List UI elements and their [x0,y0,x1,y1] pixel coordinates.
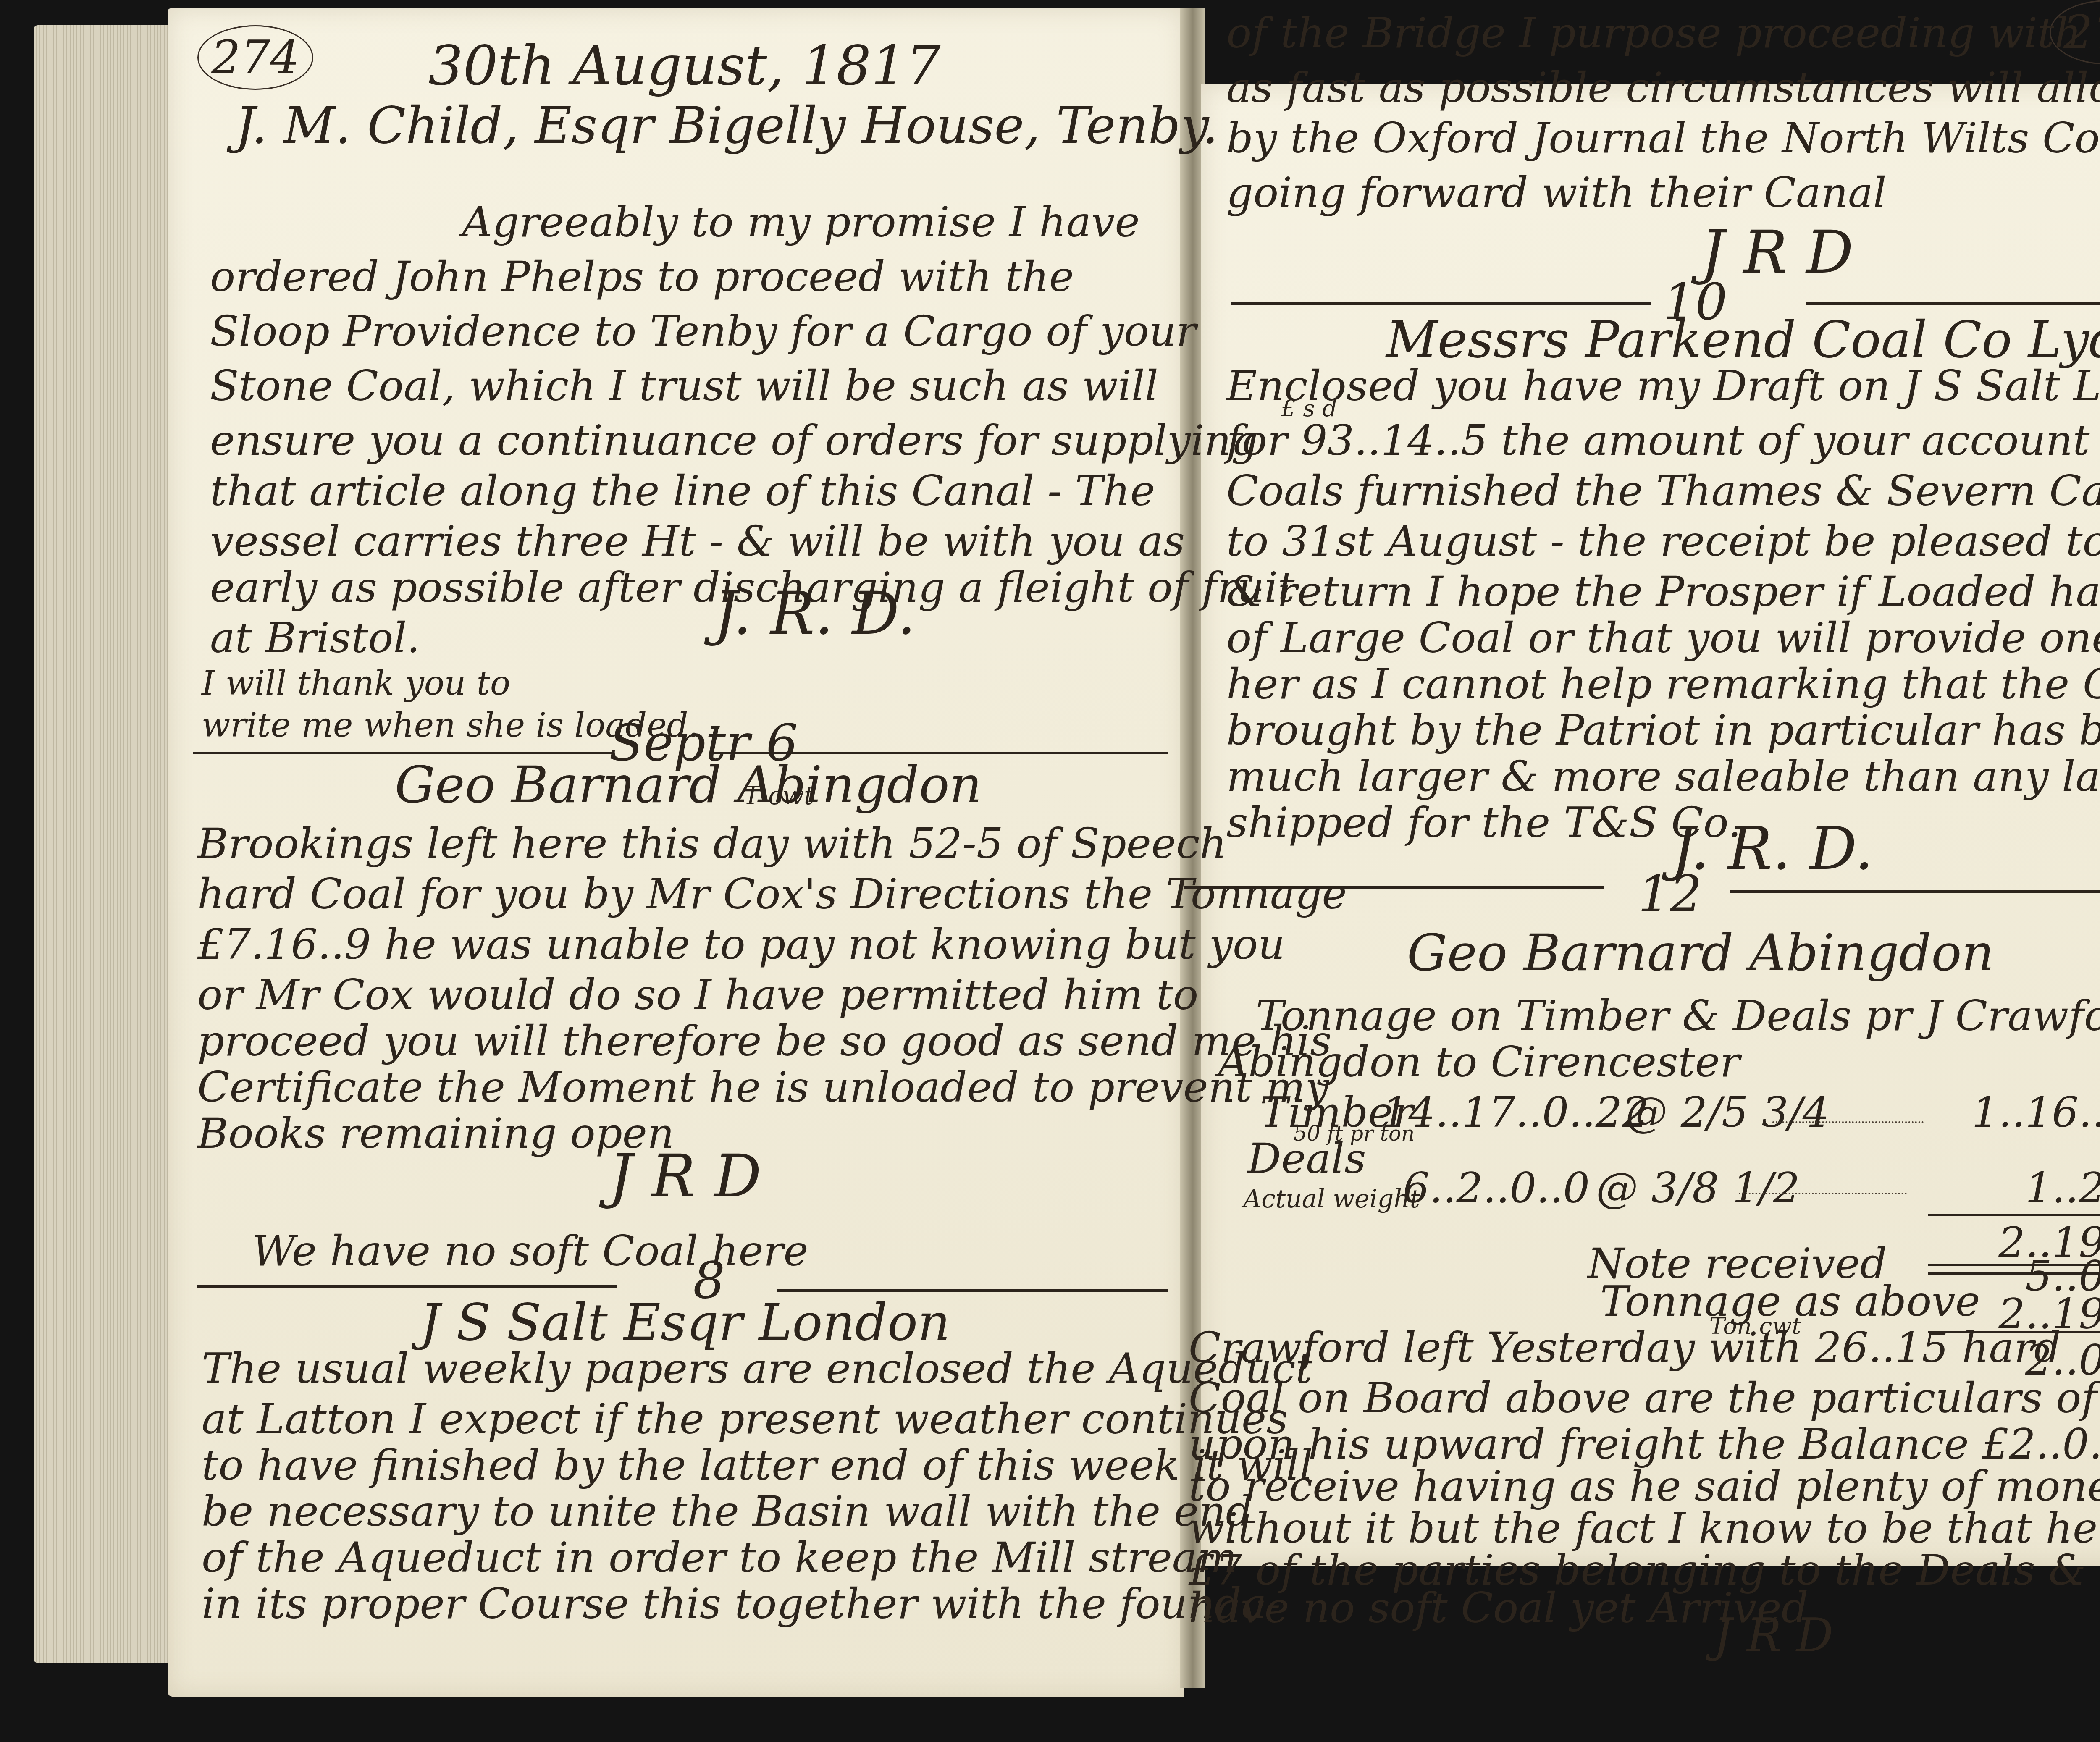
entry-divider [777,1289,1168,1292]
letter4-line: & return I hope the Prosper if Loaded ha… [1226,567,2100,616]
letter4-line: brought by the Patriot in particular has… [1226,706,2100,755]
letter1-line: ordered John Phelps to proceed with the [210,252,1074,301]
ledger-qty-timber: 14..17..0..22 [1382,1088,1649,1137]
ledger-book: 274 30th August, 1817 J. M. Child, Esqr … [0,0,2100,1742]
letter2-line: Brookings left here this day with 52-5 o… [197,819,1227,868]
letter4-line: of Large Coal or that you will provide o… [1226,613,2100,662]
continuation-line: by the Oxford Journal the North Wilts Co… [1226,113,2100,163]
letter1-line: Sloop Providence to Tenby for a Cargo of… [210,307,1196,356]
letter3-recipient: J S Salt Esqr London [420,1293,950,1352]
entry-divider [193,752,613,754]
page-date: 30th August, 1817 [428,34,941,97]
letter4-line: much larger & more saleable than any lat… [1226,752,2100,801]
letter1-line: ensure you a continuance of orders for s… [210,416,1258,465]
ledger-amount-timber: 1..16..10 [1932,1088,2100,1137]
letter2-line: or Mr Cox would do so I have permitted h… [197,970,1198,1019]
letter2-line: Books remaining open [197,1109,674,1158]
page-number-left: 274 [197,25,313,90]
leader-dots [1772,1121,1924,1123]
entry-divider [197,1285,617,1288]
letter1-line: vessel carries three Ht - & will be with… [210,517,1185,566]
letter1-postscript: I will thank you to [202,664,510,703]
letter5-date: 12 [1638,865,1702,923]
letter2-recipient: Geo Barnard Abingdon [395,756,982,814]
letter3-line: in its proper Course this together with … [202,1579,1281,1628]
ledger-rate-deals: @ 3/8 1/2 [1596,1163,1800,1212]
letter1-line: Agreeably to my promise I have [462,197,1140,247]
letter3-line: The usual weekly papers are enclosed the… [202,1344,1312,1393]
entry-divider [1806,302,2100,305]
letter1-line: that article along the line of this Cana… [210,466,1155,515]
weight-superscript: T cwt [743,781,814,811]
letter3-line: to have finished by the latter end of th… [202,1440,1313,1490]
letter5-signature: J R D [1714,1608,1833,1662]
letter5-intro: Abingdon to Cirencester [1218,1037,1740,1086]
continuation-line: as fast as possible circumstances will a… [1226,63,2100,112]
ledger-note-deals: Actual weight [1243,1184,1420,1214]
letter1-line: Stone Coal, which I trust will be such a… [210,361,1158,410]
letter1-signature: J. R. D. [714,580,916,648]
letter5-recipient: Geo Barnard Abingdon [1407,924,1994,982]
continuation-line: going forward with their Canal [1226,168,1887,217]
letter2-signature: J R D [609,1142,761,1211]
entry-divider [1231,302,1651,305]
letter3-line: at Latton I expect if the present weathe… [202,1394,1288,1443]
letter4-line: to 31st August - the receipt be pleased … [1226,517,2100,566]
entry-divider [1184,886,1604,889]
letter3-line: of the Aqueduct in order to keep the Mil… [202,1533,1237,1582]
letter4-line: shipped for the T&S Co. [1226,798,1741,847]
ledger-amount-deals: 1..2..7 [1932,1163,2100,1212]
ledger-rate-timber: @ 2/5 3/4 [1625,1088,1829,1137]
letter4-line: for 93..14..5 the amount of your account… [1226,416,2100,465]
entry-divider [714,752,1168,754]
sum-rule [1928,1214,2100,1216]
letter4-line: Enclosed you have my Draft on J S Salt L… [1226,361,2100,410]
letter2-line: £7.16..9 he was unable to pay not knowin… [197,920,1285,969]
letter5-closing-line: Crawford left Yesterday with 26..15 hard [1189,1323,2061,1372]
letter1-recipient: J. M. Child, Esqr Bigelly House, Tenby. [235,97,1218,155]
letter5-closing-line: Coal on Board above are the particulars … [1189,1373,2100,1422]
letter2-line: Certificate the Moment he is unloaded to… [197,1063,1329,1112]
letter5-intro: Tonnage on Timber & Deals pr J Crawford … [1256,991,2100,1040]
leader-dots [1739,1193,1907,1194]
continuation-line: of the Bridge I purpose proceeding with [1226,8,2082,58]
ledger-item-deals: Deals [1247,1134,1366,1183]
letter4-recipient: Messrs Parkend Coal Co Lydney [1386,311,2100,369]
letter3-line: be necessary to unite the Basin wall wit… [202,1487,1252,1536]
letter2-line: proceed you will therefore be so good as… [197,1016,1332,1065]
letter4-line: her as I cannot help remarking that the … [1226,659,2100,708]
letter4-line: Coals furnished the Thames & Severn Cana… [1226,466,2100,515]
letter1-line: at Bristol. [210,613,420,662]
letter2-line: hard Coal for you by Mr Cox's Directions… [197,869,1347,918]
ledger-qty-deals: 6..2..0..0 [1403,1163,1590,1212]
entry-divider [1730,890,2100,893]
